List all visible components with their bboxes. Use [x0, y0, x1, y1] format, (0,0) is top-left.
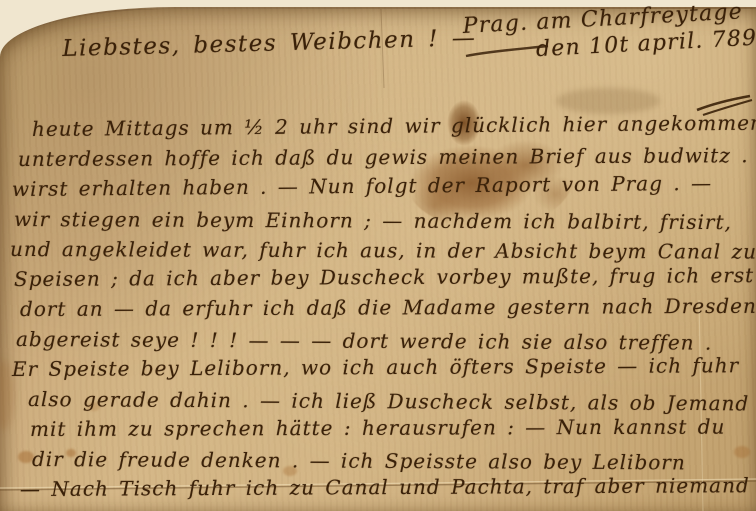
body-line-6: Speisen ; da ich aber bey Duscheck vorbe…: [14, 260, 756, 294]
body-line-1: heute Mittags um ½ 2 uhr sind wir glückl…: [32, 108, 756, 144]
body-line-4: wir stiegen ein beym Einhorn ; — nachdem…: [14, 204, 756, 237]
letter-body: heute Mittags um ½ 2 uhr sind wir glückl…: [10, 114, 756, 504]
body-line-11: mit ihm zu sprechen hätte : herausrufen …: [30, 411, 756, 444]
body-line-7: dort an — da erfuhr ich daß die Madame g…: [20, 291, 756, 324]
manuscript-letter-photo: Prag. am Charfreytage den 10t april. 789…: [0, 0, 756, 511]
body-line-9: Er Speiste bey Leliborn, wo ich auch öft…: [12, 350, 756, 384]
body-line-13: — Nach Tisch fuhr ich zu Canal und Pacht…: [20, 470, 756, 504]
body-line-3: wirst erhalten haben . — Nun folgt der R…: [12, 168, 756, 204]
